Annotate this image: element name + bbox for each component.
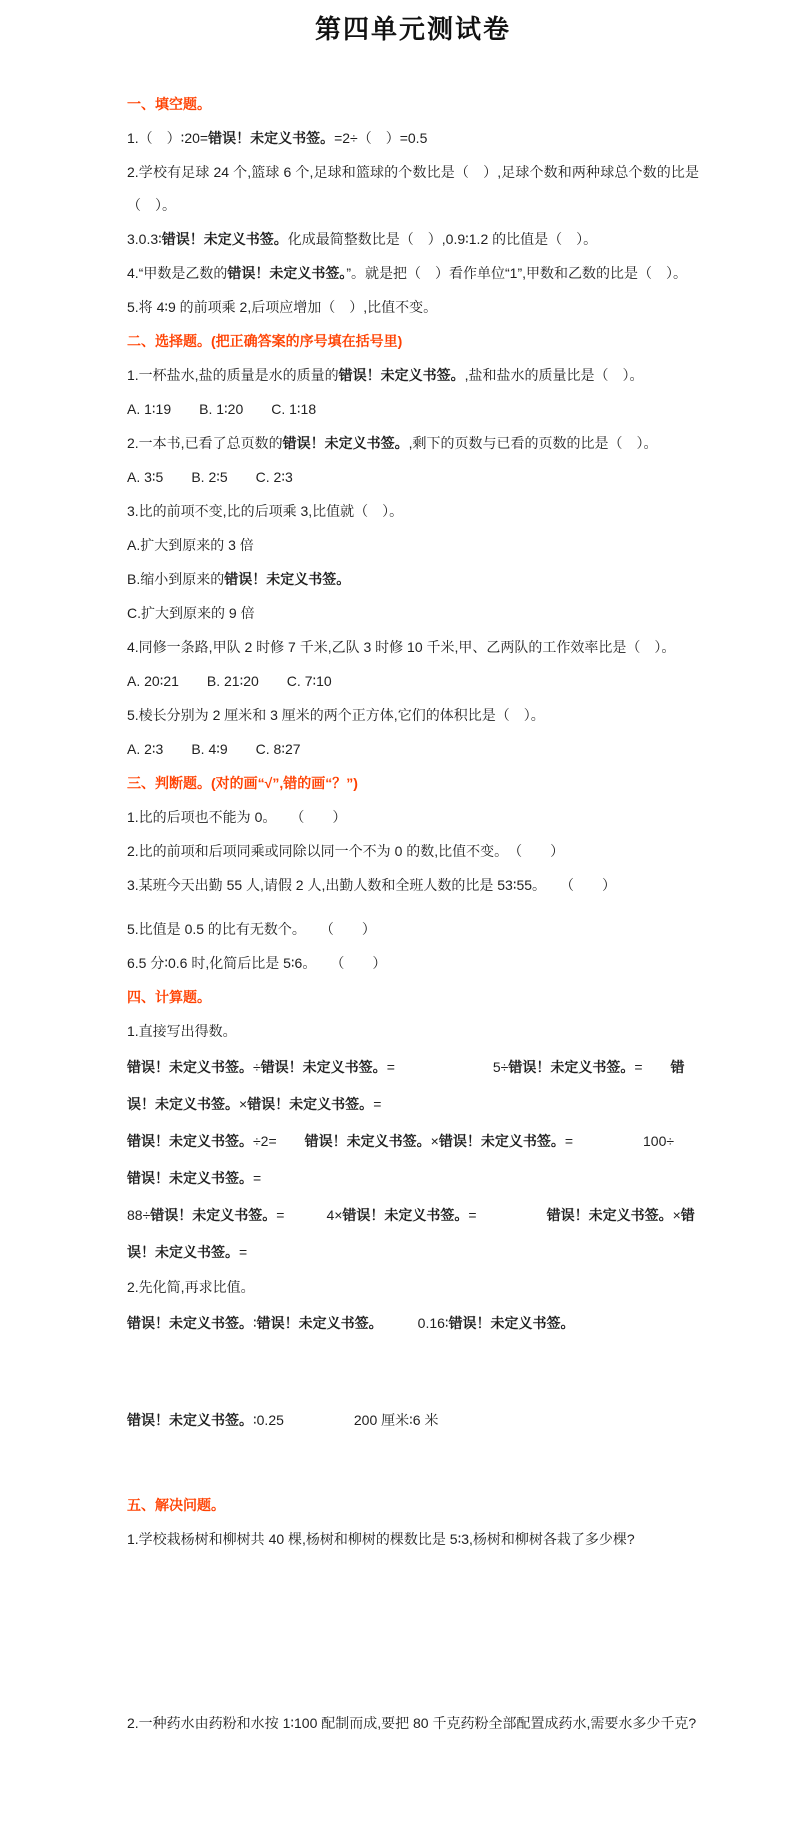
error-field-text: 错误！未定义书签。 <box>127 1412 253 1428</box>
text-run: B.缩小到原来的 <box>127 571 224 587</box>
text-run: ∶0.25 200 厘米∶6 米 <box>253 1412 438 1428</box>
section-heading: 四、计算题。 <box>127 981 699 1014</box>
spacer <box>127 903 699 913</box>
text-run: × <box>431 1133 439 1149</box>
paragraph: 5.将 4∶9 的前项乘 2,后项应增加（ ）,比值不变。 <box>127 291 699 324</box>
text-run: 5.棱长分别为 2 厘米和 3 厘米的两个正方体,它们的体积比是（ ）。 <box>127 707 545 723</box>
paragraph: 3.某班今天出勤 55 人,请假 2 人,出勤人数和全班人数的比是 53∶55。… <box>127 869 699 902</box>
paragraph: A. 3∶5 B. 2∶5 C. 2∶3 <box>127 461 699 494</box>
error-field-text: 错误！未定义书签。 <box>127 1315 253 1331</box>
paragraph: A. 1∶19 B. 1∶20 C. 1∶18 <box>127 393 699 426</box>
text-run: 三、判断题。(对的画“√”,错的画“？”) <box>127 775 358 791</box>
text-run: C.扩大到原来的 9 倍 <box>127 605 255 621</box>
paragraph: 2.比的前项和后项同乘或同除以同一个不为 0 的数,比值不变。 （ ） <box>127 835 699 868</box>
error-field-text: 错误！未定义书签。 <box>449 1315 575 1331</box>
text-run: 2.一本书,已看了总页数的 <box>127 435 283 451</box>
paragraph: 1.直接写出得数。 <box>127 1015 699 1048</box>
spacer <box>127 1557 699 1707</box>
text-run: A. 2∶3 B. 4∶9 C. 8∶27 <box>127 741 301 757</box>
error-field-text: 错误！未定义书签。 <box>547 1207 673 1223</box>
text-run: 2.一种药水由药粉和水按 1∶100 配制而成,要把 80 千克药粉全部配置成药… <box>127 1715 696 1731</box>
text-run: 3.某班今天出勤 55 人,请假 2 人,出勤人数和全班人数的比是 53∶55。… <box>127 877 616 893</box>
paragraph: 1.一杯盐水,盐的质量是水的质量的错误！未定义书签。,盐和盐水的质量比是（ ）。 <box>127 359 699 392</box>
paragraph: 2.学校有足球 24 个,篮球 6 个,足球和篮球的个数比是（ ）,足球个数和两… <box>127 156 699 222</box>
text-run: 四、计算题。 <box>127 989 211 1005</box>
paragraph: 6.5 分∶0.6 时,化简后比是 5∶6。 （ ） <box>127 947 699 980</box>
paragraph: 4.“甲数是乙数的错误！未定义书签。”。就是把（ ）看作单位“1”,甲数和乙数的… <box>127 257 699 290</box>
paragraph: 1.比的后项也不能为 0。 （ ） <box>127 801 699 834</box>
text-run: × <box>673 1207 681 1223</box>
text-run: 4.同修一条路,甲队 2 时修 7 千米,乙队 3 时修 10 千米,甲、乙两队… <box>127 639 675 655</box>
text-run: 88÷ <box>127 1207 150 1223</box>
section-heading: 五、解决问题。 <box>127 1489 699 1522</box>
error-field-text: 错误！未定义书签。 <box>339 367 465 383</box>
paragraph: C.扩大到原来的 9 倍 <box>127 597 699 630</box>
text-run: = <box>373 1096 381 1112</box>
text-run: ,剩下的页数与已看的页数的比是（ ）。 <box>409 435 658 451</box>
error-field-text: 错误！未定义书签。 <box>283 435 409 451</box>
section-heading: 二、选择题。(把正确答案的序号填在括号里) <box>127 325 699 358</box>
paragraph: 3.比的前项不变,比的后项乘 3,比值就（ ）。 <box>127 495 699 528</box>
text-run: 6.5 分∶0.6 时,化简后比是 5∶6。 （ ） <box>127 955 386 971</box>
text-run: A.扩大到原来的 3 倍 <box>127 537 254 553</box>
text-run: ÷2= <box>253 1133 305 1149</box>
text-run: = <box>634 1059 670 1075</box>
text-run: = 5÷ <box>387 1059 509 1075</box>
error-field-text: 错误！未定义书签。 <box>247 1096 373 1112</box>
error-field-text: 错误！未定义书签。 <box>127 1059 253 1075</box>
error-field-text: 错误！未定义书签。 <box>162 231 288 247</box>
text-run: 0.16∶ <box>376 1315 449 1331</box>
error-field-text: 错误！未定义书签。 <box>261 1059 387 1075</box>
paragraph: A. 20∶21 B. 21∶20 C. 7∶10 <box>127 665 699 698</box>
paragraph: 错误！未定义书签。÷2= 错误！未定义书签。×错误！未定义书签。= 100÷ <box>127 1123 699 1159</box>
paragraph: 1.学校栽杨树和柳树共 40 棵,杨树和柳树的棵数比是 5∶3,杨树和柳树各栽了… <box>127 1523 699 1556</box>
error-field-text: 错误！未定义书签。 <box>227 265 346 281</box>
paragraph: 3.0.3∶错误！未定义书签。化成最简整数比是（ ）,0.9∶1.2 的比值是（… <box>127 223 699 256</box>
error-field-text: 错误！未定义书签。 <box>150 1207 276 1223</box>
text-run: 3.0.3∶ <box>127 231 162 247</box>
text-run: = <box>253 1170 261 1186</box>
paragraph: 88÷错误！未定义书签。= 4×错误！未定义书签。= 错误！未定义书签。×错 <box>127 1197 699 1233</box>
text-run: A. 3∶5 B. 2∶5 C. 2∶3 <box>127 469 293 485</box>
text-run: 2.比的前项和后项同乘或同除以同一个不为 0 的数,比值不变。 （ ） <box>127 843 564 859</box>
paragraph: 错误！未定义书签。÷错误！未定义书签。= 5÷错误！未定义书签。= 错 <box>127 1049 699 1085</box>
text-run: × <box>239 1096 247 1112</box>
paragraph: 4.同修一条路,甲队 2 时修 7 千米,乙队 3 时修 10 千米,甲、乙两队… <box>127 631 699 664</box>
paragraph: A. 2∶3 B. 4∶9 C. 8∶27 <box>127 733 699 766</box>
paragraph: 错误！未定义书签。∶错误！未定义书签。 0.16∶错误！未定义书签。 <box>127 1305 699 1341</box>
paragraph: 5.棱长分别为 2 厘米和 3 厘米的两个正方体,它们的体积比是（ ）。 <box>127 699 699 732</box>
text-run: = <box>468 1207 546 1223</box>
paragraph: 2.先化简,再求比值。 <box>127 1271 699 1304</box>
error-field-text: 误！未定义书签。 <box>127 1244 239 1260</box>
error-field-text: 错误！未定义书签。 <box>342 1207 468 1223</box>
error-field-text: 错误！未定义书签。 <box>439 1133 565 1149</box>
text-run: 1.学校栽杨树和柳树共 40 棵,杨树和柳树的棵数比是 5∶3,杨树和柳树各栽了… <box>127 1531 635 1547</box>
paragraph: A.扩大到原来的 3 倍 <box>127 529 699 562</box>
error-field-text: 错误！未定义书签。 <box>305 1133 431 1149</box>
spacer <box>127 1342 699 1402</box>
text-run: 3.比的前项不变,比的后项乘 3,比值就（ ）。 <box>127 503 403 519</box>
text-run: 5.比值是 0.5 的比有无数个。 （ ） <box>127 921 376 937</box>
paragraph: 错误！未定义书签。∶0.25 200 厘米∶6 米 <box>127 1402 699 1438</box>
text-run: 4.“甲数是乙数的 <box>127 265 227 281</box>
text-run: A. 1∶19 B. 1∶20 C. 1∶18 <box>127 401 316 417</box>
text-run: 2.学校有足球 24 个,篮球 6 个,足球和篮球的个数比是（ ）,足球个数和两… <box>127 164 699 213</box>
paragraph: 2.一本书,已看了总页数的错误！未定义书签。,剩下的页数与已看的页数的比是（ ）… <box>127 427 699 460</box>
text-run: 5.将 4∶9 的前项乘 2,后项应增加（ ）,比值不变。 <box>127 299 437 315</box>
text-run: = 4× <box>276 1207 342 1223</box>
document-title: 第四单元测试卷 <box>127 14 699 44</box>
error-field-text: 错误！未定义书签。 <box>508 1059 634 1075</box>
text-run: 二、选择题。(把正确答案的序号填在括号里) <box>127 333 402 349</box>
text-run: 一、填空题。 <box>127 96 211 112</box>
document-page: 第四单元测试卷 一、填空题。1.（ ）∶20=错误！未定义书签。=2÷（ ）=0… <box>0 0 800 1824</box>
text-run: A. 20∶21 B. 21∶20 C. 7∶10 <box>127 673 332 689</box>
paragraph: 错误！未定义书签。= <box>127 1160 699 1196</box>
paragraph: 误！未定义书签。= <box>127 1234 699 1270</box>
text-run: 五、解决问题。 <box>127 1497 225 1513</box>
text-run: 1.比的后项也不能为 0。 （ ） <box>127 809 346 825</box>
text-run: = <box>239 1244 247 1260</box>
text-run: ”。就是把（ ）看作单位“1”,甲数和乙数的比是（ ）。 <box>346 265 687 281</box>
text-run: =2÷（ ）=0.5 <box>334 130 427 146</box>
spacer <box>127 1439 699 1489</box>
text-run: = 100÷ <box>565 1133 674 1149</box>
text-run: 1.直接写出得数。 <box>127 1023 237 1039</box>
paragraph: 1.（ ）∶20=错误！未定义书签。=2÷（ ）=0.5 <box>127 122 699 155</box>
paragraph: 2.一种药水由药粉和水按 1∶100 配制而成,要把 80 千克药粉全部配置成药… <box>127 1707 699 1740</box>
error-field-text: 错 <box>681 1207 695 1223</box>
error-field-text: 错误！未定义书签。 <box>127 1133 253 1149</box>
error-field-text: 误！未定义书签。 <box>127 1096 239 1112</box>
error-field-text: 错误！未定义书签。 <box>127 1170 253 1186</box>
text-run: ÷ <box>253 1059 261 1075</box>
text-run: ,盐和盐水的质量比是（ ）。 <box>465 367 644 383</box>
paragraph: 误！未定义书签。×错误！未定义书签。= <box>127 1086 699 1122</box>
error-field-text: 错误！未定义书签。 <box>208 130 334 146</box>
error-field-text: 错误！未定义书签。 <box>257 1315 376 1331</box>
paragraph: 5.比值是 0.5 的比有无数个。 （ ） <box>127 913 699 946</box>
text-run: 1.一杯盐水,盐的质量是水的质量的 <box>127 367 339 383</box>
text-run: 1.（ ）∶20= <box>127 130 208 146</box>
paragraph: B.缩小到原来的错误！未定义书签。 <box>127 563 699 596</box>
error-field-text: 错误！未定义书签。 <box>224 571 350 587</box>
text-run: 2.先化简,再求比值。 <box>127 1279 255 1295</box>
error-field-text: 错 <box>671 1059 685 1075</box>
section-heading: 一、填空题。 <box>127 88 699 121</box>
document-body: 一、填空题。1.（ ）∶20=错误！未定义书签。=2÷（ ）=0.52.学校有足… <box>127 88 699 1740</box>
text-run: 化成最简整数比是（ ）,0.9∶1.2 的比值是（ ）。 <box>288 231 597 247</box>
section-heading: 三、判断题。(对的画“√”,错的画“？”) <box>127 767 699 800</box>
